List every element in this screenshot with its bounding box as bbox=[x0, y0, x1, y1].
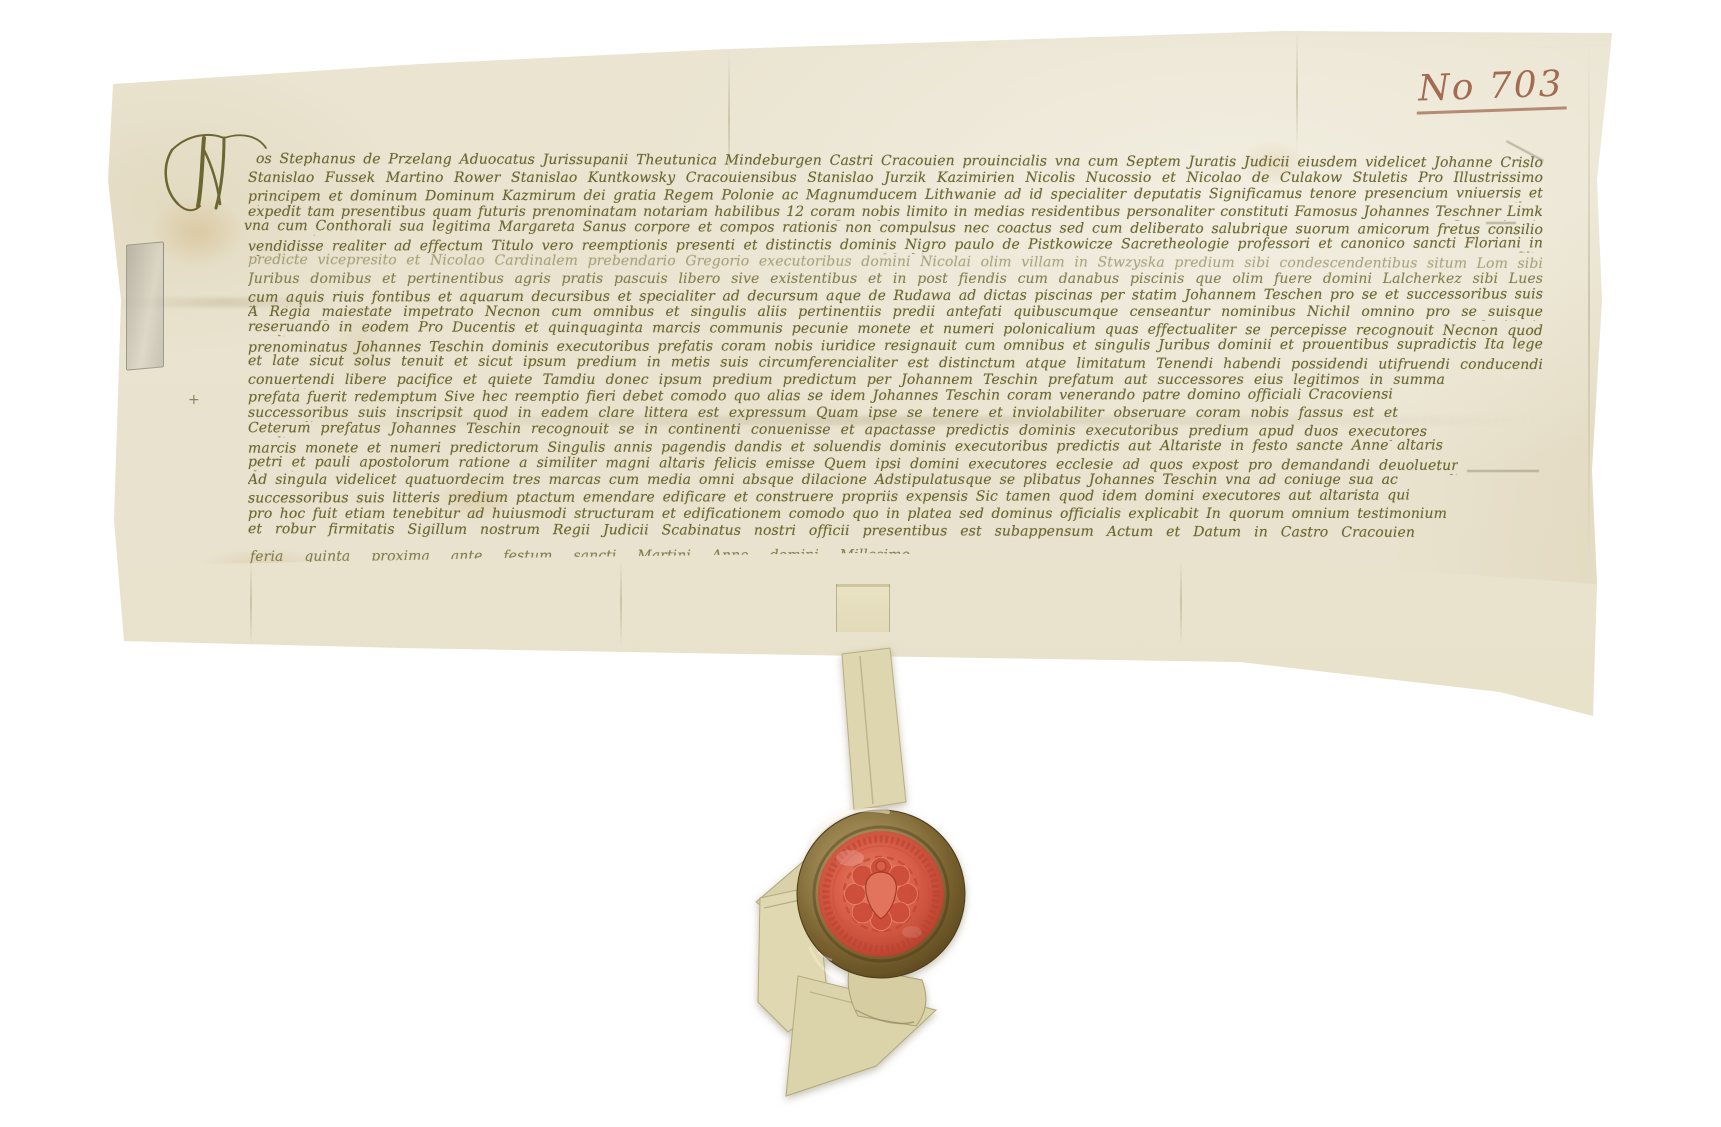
manuscript-line: cum aquis riuis fontibus et aquarum decu… bbox=[248, 287, 1543, 306]
crease bbox=[1180, 560, 1182, 645]
manuscript-line: Stanislao Fussek Martino Rower Stanislao… bbox=[248, 171, 1543, 187]
margin-cross-mark: + bbox=[188, 392, 200, 408]
crease bbox=[620, 560, 622, 645]
manuscript-line: conuertendi libere pacifice et quiete Ta… bbox=[248, 373, 1445, 389]
crease bbox=[1588, 40, 1590, 560]
manuscript-line: Ad singula videlicet quatuordecim tres m… bbox=[248, 473, 1398, 489]
manuscript-line: Juribus domibus et pertinentibus agris p… bbox=[248, 272, 1543, 288]
wax-seal bbox=[797, 810, 965, 982]
manuscript-line: successoribus suis litteris predium ptac… bbox=[248, 488, 1410, 507]
manuscript-line: pro hoc fuit etiam tenebitur ad huiusmod… bbox=[248, 507, 1447, 523]
manuscript-line: os Stephanus de Przelang Aduocatus Juris… bbox=[256, 152, 1543, 172]
manuscript-line: predicte vicepresito et Nicolao Cardinal… bbox=[248, 253, 1543, 273]
crease bbox=[250, 560, 252, 645]
manuscript-line: successoribus suis inscripsit quod in ea… bbox=[248, 406, 1398, 422]
manuscript-line: et robur firmitatis Sigillum nostrum Reg… bbox=[248, 522, 1415, 542]
crease bbox=[1296, 32, 1298, 152]
manuscript-line: principem et dominum Dominum Kazmirum de… bbox=[248, 186, 1543, 205]
mounting-clip bbox=[126, 241, 164, 370]
seal-assembly bbox=[660, 540, 1000, 1127]
photograph-of-charter: No 703 os Stephanus de Przelang Aduocatu… bbox=[0, 0, 1721, 1127]
seal-tag bbox=[842, 648, 906, 810]
manuscript-line: Ceterum prefatus Johannes Teschin recogn… bbox=[248, 421, 1427, 441]
pencil-mark bbox=[1467, 470, 1539, 472]
manuscript-line: petri et pauli apostolorum ratione a sim… bbox=[248, 455, 1458, 475]
manuscript-line: et late sicut solus tenuit et sicut ipsu… bbox=[248, 354, 1543, 374]
archival-number-text: No 703 bbox=[1418, 63, 1565, 109]
manuscript-line: prefata fuerit redemptum Sive hec reempt… bbox=[248, 388, 1393, 407]
archival-number: No 703 bbox=[1415, 63, 1567, 114]
manuscript-line: A Regia maiestate impetrato Necnon cum o… bbox=[248, 305, 1543, 321]
